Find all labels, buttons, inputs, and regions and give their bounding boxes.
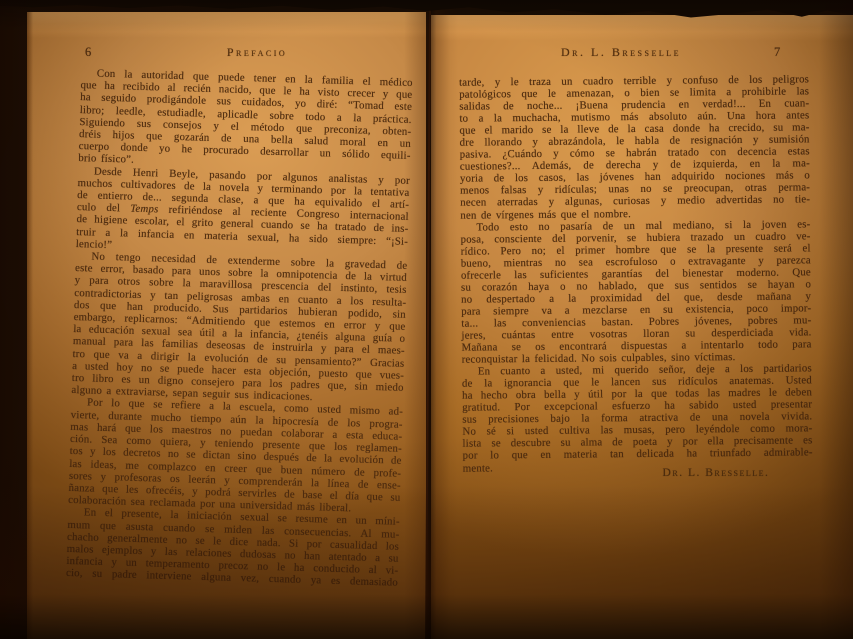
- page-left: 6 Prefacio Con la autoridad que puede te…: [27, 12, 426, 639]
- page-number-left: 6: [85, 45, 92, 60]
- page-right: Dr. L. Bresselle 7 tarde, y le traza un …: [431, 15, 853, 639]
- page-left-text: Con la autoridad que puede tener en la f…: [66, 67, 413, 589]
- page-right-text: tarde, y le traza un cuadro terrible y c…: [459, 73, 813, 474]
- running-title-right: Dr. L. Bresselle: [531, 45, 711, 60]
- author-signature: Dr. L. Bresselle.: [631, 467, 801, 479]
- running-title-left: Prefacio: [167, 45, 347, 60]
- open-book-photo: 6 Prefacio Con la autoridad que puede te…: [0, 0, 853, 639]
- page-number-right: 7: [774, 45, 781, 60]
